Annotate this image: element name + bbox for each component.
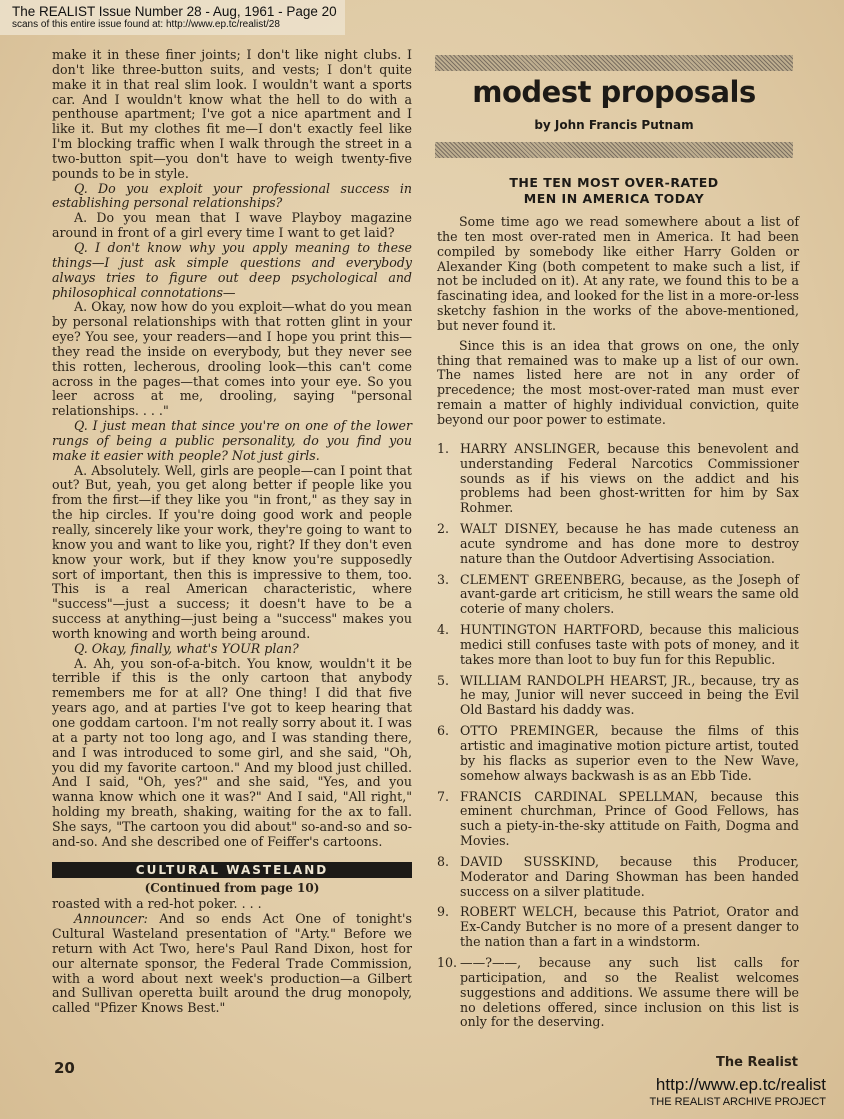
list-text: HUNTINGTON HARTFORD, because this malici… — [460, 623, 799, 668]
list-text: OTTO PREMINGER, because the films of thi… — [460, 724, 799, 783]
article-subhead: THE TEN MOST OVER-RATED MEN IN AMERICA T… — [435, 175, 793, 207]
list-number: 2. — [437, 522, 460, 567]
decorative-rule-top — [435, 55, 793, 71]
list-text: ROBERT WELCH, because this Patriot, Orat… — [460, 905, 799, 950]
magazine-signature: The Realist — [716, 1055, 798, 1070]
list-item: 7.FRANCIS CARDINAL SPELLMAN, because thi… — [437, 790, 799, 849]
paragraph: make it in these finer joints; I don't l… — [52, 48, 412, 182]
list-item: 6.OTTO PREMINGER, because the films of t… — [437, 724, 799, 783]
interview-question: Q. Okay, finally, what's YOUR plan? — [52, 642, 412, 657]
list-text: WILLIAM RANDOLPH HEARST, JR., because, t… — [460, 674, 799, 719]
list-item: 9.ROBERT WELCH, because this Patriot, Or… — [437, 905, 799, 950]
list-number: 4. — [437, 623, 460, 668]
archive-url: http://www.ep.tc/realist — [656, 1075, 826, 1095]
list-number: 3. — [437, 573, 460, 618]
archive-header: The REALIST Issue Number 28 - Aug, 1961 … — [0, 0, 345, 35]
right-column: Some time ago we read somewhere about a … — [437, 215, 799, 1036]
list-number: 9. — [437, 905, 460, 950]
list-text: CLEMENT GREENBERG, because, as the Josep… — [460, 573, 799, 618]
list-item: 10.——?——, because any such list calls fo… — [437, 956, 799, 1030]
paragraph: roasted with a red-hot poker. . . . — [52, 897, 412, 912]
list-item: 5.WILLIAM RANDOLPH HEARST, JR., because,… — [437, 674, 799, 719]
list-number: 1. — [437, 442, 460, 516]
subhead-line-2: MEN IN AMERICA TODAY — [435, 191, 793, 207]
article-byline: by John Francis Putnam — [435, 118, 793, 132]
list-item: 8.DAVID SUSSKIND, because this Producer,… — [437, 855, 799, 900]
list-text: FRANCIS CARDINAL SPELLMAN, because this … — [460, 790, 799, 849]
interview-text: make it in these finer joints; I don't l… — [52, 48, 412, 850]
subhead-line-1: THE TEN MOST OVER-RATED — [435, 175, 793, 191]
list-text: WALT DISNEY, because he has made cutenes… — [460, 522, 799, 567]
list-number: 6. — [437, 724, 460, 783]
list-item: 1.HARRY ANSLINGER, because this benevole… — [437, 442, 799, 516]
list-number: 8. — [437, 855, 460, 900]
section-text: roasted with a red-hot poker. . . .Annou… — [52, 897, 412, 1016]
interview-answer: Announcer: And so ends Act One of tonigh… — [52, 912, 412, 1016]
speaker-label: Announcer: — [74, 911, 148, 926]
list-text: DAVID SUSSKIND, because this Producer, M… — [460, 855, 799, 900]
list-number: 7. — [437, 790, 460, 849]
article-intro: Some time ago we read somewhere about a … — [437, 215, 799, 428]
decorative-rule-bottom — [435, 142, 793, 158]
list-text: ——?——, because any such list calls for p… — [460, 956, 799, 1030]
list-number: 10. — [437, 956, 460, 1030]
over-rated-list: 1.HARRY ANSLINGER, because this benevole… — [437, 442, 799, 1030]
list-item: 2.WALT DISNEY, because he has made cuten… — [437, 522, 799, 567]
page-number: 20 — [54, 1059, 75, 1077]
intro-paragraph: Since this is an idea that grows on one,… — [437, 339, 799, 428]
archive-project: THE REALIST ARCHIVE PROJECT — [650, 1096, 826, 1108]
list-number: 5. — [437, 674, 460, 719]
left-column: make it in these finer joints; I don't l… — [52, 48, 412, 1016]
archive-title: The REALIST Issue Number 28 - Aug, 1961 … — [12, 4, 337, 19]
continued-note: (Continued from page 10) — [52, 881, 412, 896]
interview-answer: A. Do you mean that I wave Playboy magaz… — [52, 211, 412, 241]
interview-question: Q. I just mean that since you're on one … — [52, 419, 412, 464]
interview-answer: A. Ah, you son-of-a-bitch. You know, wou… — [52, 657, 412, 850]
list-item: 3.CLEMENT GREENBERG, because, as the Jos… — [437, 573, 799, 618]
article-title: modest proposals — [435, 75, 793, 109]
intro-paragraph: Some time ago we read somewhere about a … — [437, 215, 799, 334]
list-item: 4.HUNTINGTON HARTFORD, because this mali… — [437, 623, 799, 668]
archive-subtitle: scans of this entire issue found at: htt… — [12, 19, 337, 31]
interview-answer: A. Absolutely. Well, girls are people—ca… — [52, 464, 412, 642]
interview-question: Q. I don't know why you apply meaning to… — [52, 241, 412, 300]
interview-answer: A. Okay, now how do you exploit—what do … — [52, 300, 412, 419]
interview-question: Q. Do you exploit your professional succ… — [52, 182, 412, 212]
section-heading: CULTURAL WASTELAND — [52, 862, 412, 878]
list-text: HARRY ANSLINGER, because this benevolent… — [460, 442, 799, 516]
